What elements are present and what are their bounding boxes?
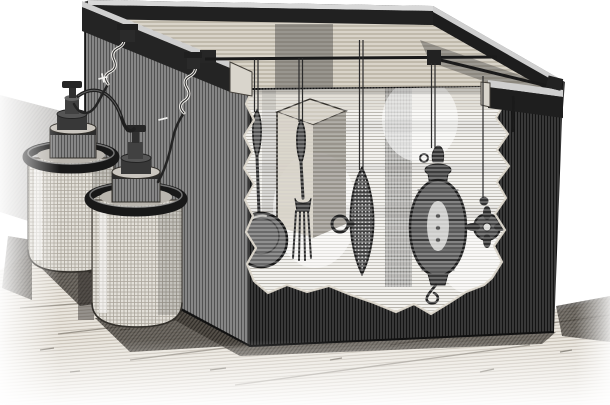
engraving-electroplating-scene: + −: [0, 0, 610, 405]
binding-post: [62, 81, 82, 88]
rod-rest-left: [200, 50, 216, 63]
sawn-rim-end-right: [481, 82, 490, 107]
rim-terminal-positive: [120, 30, 135, 42]
rim-terminal-negative: [187, 58, 200, 69]
anode-rod: [205, 57, 497, 59]
back-wall-shade: [275, 24, 333, 88]
rod-clamp: [427, 50, 441, 65]
engraving-canvas: + −: [0, 0, 610, 405]
cathode-wire: [512, 96, 513, 132]
